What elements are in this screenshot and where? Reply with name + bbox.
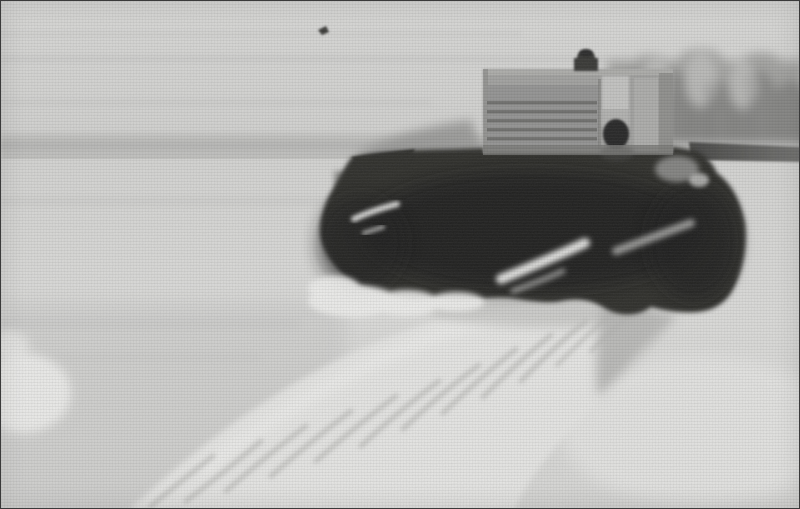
photo-frame (0, 0, 800, 509)
photograph (1, 1, 800, 509)
halftone-grain (1, 1, 800, 509)
